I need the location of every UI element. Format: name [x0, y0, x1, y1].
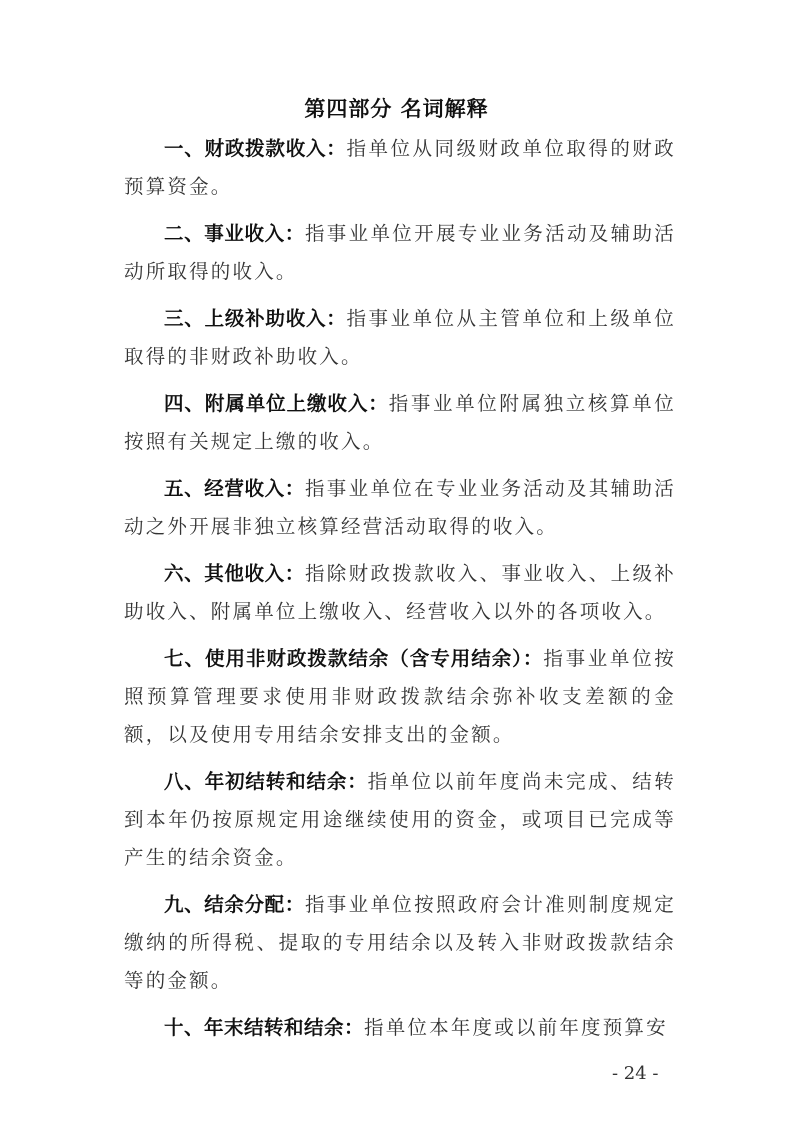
- definition-entry: 十、年末结转和结余：指单位本年度或以前年度预算安: [124, 1009, 676, 1047]
- definition-entry: 五、经营收入：指事业单位在专业业务活动及其辅助活动之外开展非独立核算经营活动取得…: [124, 470, 676, 546]
- term-label: 八、年初结转和结余：: [164, 770, 368, 793]
- definition-entry: 四、附属单位上缴收入：指事业单位附属独立核算单位按照有关规定上缴的收入。: [124, 385, 676, 461]
- term-label: 三、上级补助收入：: [164, 307, 347, 330]
- definition-entry: 八、年初结转和结余：指单位以前年度尚未完成、结转到本年仍按原规定用途继续使用的资…: [124, 763, 676, 877]
- definitions-list: 一、财政拨款收入：指单位从同级财政单位取得的财政预算资金。 二、事业收入：指事业…: [124, 130, 676, 1056]
- term-label: 七、使用非财政拨款结余（含专用结余）：: [164, 647, 543, 670]
- term-label: 一、财政拨款收入：: [164, 137, 347, 160]
- term-label: 十、年末结转和结余：: [164, 1016, 364, 1039]
- term-label: 九、结余分配：: [164, 893, 305, 916]
- term-label: 二、事业收入：: [164, 222, 305, 245]
- term-label: 四、附属单位上缴收入：: [164, 392, 389, 415]
- definition-entry: 三、上级补助收入：指事业单位从主管单位和上级单位取得的非财政补助收入。: [124, 300, 676, 376]
- page-number: - 24 -: [612, 1063, 659, 1084]
- definition-entry: 七、使用非财政拨款结余（含专用结余）：指事业单位按照预算管理要求使用非财政拨款结…: [124, 640, 676, 754]
- term-label: 五、经营收入：: [164, 477, 305, 500]
- definition-entry: 六、其他收入：指除财政拨款收入、事业收入、上级补助收入、附属单位上缴收入、经营收…: [124, 555, 676, 631]
- term-definition: 指单位本年度或以前年度预算安: [364, 1016, 668, 1039]
- definition-entry: 一、财政拨款收入：指单位从同级财政单位取得的财政预算资金。: [124, 130, 676, 206]
- term-label: 六、其他收入：: [164, 562, 305, 585]
- page-title: 第四部分 名词解释: [0, 93, 793, 123]
- definition-entry: 二、事业收入：指事业单位开展专业业务活动及辅助活动所取得的收入。: [124, 215, 676, 291]
- definition-entry: 九、结余分配：指事业单位按照政府会计准则制度规定缴纳的所得税、提取的专用结余以及…: [124, 886, 676, 1000]
